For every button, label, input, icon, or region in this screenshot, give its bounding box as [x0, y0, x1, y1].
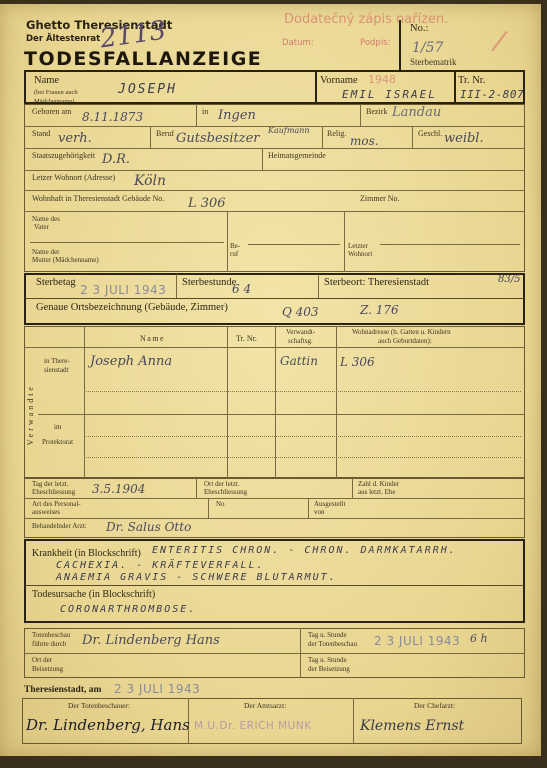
org-council: Der Ältestenrat	[26, 34, 100, 44]
place-date-label: Theresienstadt, am	[24, 685, 101, 696]
death-notice-form: Ghetto Theresienstadt Der Ältestenrat TO…	[0, 4, 541, 756]
header-divider	[399, 20, 401, 70]
col-verw-header-1: Verwandt-	[286, 328, 315, 337]
ortsbezeichnung-label: Genaue Ortsbezeichnung (Gebäude, Zimmer)	[36, 302, 228, 313]
relig-value: mos.	[350, 134, 379, 148]
divider	[262, 148, 263, 170]
relative-address: L 306	[340, 355, 375, 369]
amtsarzt-stamp: M.U.Dr. ERICH MUNK	[194, 720, 312, 732]
divider	[353, 698, 354, 744]
trnr-label: Tr. Nr.	[458, 75, 485, 86]
ort-room: Z. 176	[360, 303, 399, 317]
col-adr-header-2: auch Geburtdaten):	[378, 337, 432, 346]
sterbetag-stamp: 2 3 JULI 1943	[80, 283, 166, 297]
group2-label-1: im	[54, 423, 61, 432]
divider	[176, 274, 177, 298]
beruf-label: Beruf	[156, 129, 174, 138]
totenbeschau-label-1: Totenbeschau	[32, 631, 70, 640]
sterbetag-label: Sterbetag	[36, 277, 76, 288]
verwandte-side-label: Verwandte	[26, 384, 35, 445]
doctor-value: Dr. Salus Otto	[106, 520, 191, 534]
column-line	[227, 326, 228, 478]
wohnhaft-label: Wohnhaft in Theresienstadt Gebäude No.	[32, 194, 164, 203]
group-line	[38, 414, 525, 415]
divider	[315, 71, 317, 103]
divider	[318, 274, 319, 298]
row-line	[24, 653, 525, 654]
group1-label-1: in There-	[44, 357, 70, 366]
divider	[352, 478, 353, 498]
chefarzt-signature: Klemens Ernst	[360, 718, 464, 734]
krankheit-line-1: ENTERITIS CHRON. - CHRON. DARMKATARRH.	[152, 545, 457, 556]
vorname-stamp: 1948	[368, 73, 396, 86]
divider	[196, 104, 197, 126]
krankheit-line-3: ANAEMIA GRAVIS - SCHWERE BLUTARMUT.	[56, 572, 337, 583]
letzter-label-2: Wohnort	[348, 250, 372, 259]
col-verw-header-2: schaftsg.	[288, 337, 313, 346]
geschl-label: Geschl.	[418, 129, 442, 138]
wohnhaft-value: L 306	[188, 196, 226, 211]
wohnort-label: Letzer Wohnort (Adresse)	[32, 173, 115, 182]
todesursache-label: Todesursache (in Blockschrift)	[32, 589, 155, 600]
red-stamp-podpis: Podpis:	[360, 38, 390, 48]
no-value: 1/57	[412, 40, 443, 56]
relative-relation: Gattin	[280, 354, 318, 368]
beschau-date-stamp: 2 3 JULI 1943	[374, 634, 460, 648]
divider	[227, 211, 228, 272]
divider	[300, 628, 301, 678]
divider	[412, 126, 413, 148]
row-line	[24, 190, 525, 191]
divider	[150, 126, 151, 148]
beruf2-label-2: ruf	[230, 250, 238, 259]
burial-time-label-2: der Beisetzung	[308, 665, 350, 674]
issued-by-label-2: von	[314, 508, 325, 517]
zimmer-label: Zimmer No.	[360, 194, 400, 203]
heimat-label: Heimatsgemeinde	[268, 151, 326, 160]
col-name-header: Name	[140, 334, 165, 343]
amtsarzt-label: Der Amtsarzt:	[244, 701, 286, 710]
beruf-extra: Kaufmann	[268, 126, 310, 135]
column-line	[275, 326, 276, 478]
name-label: Name	[34, 75, 59, 86]
red-checkmark-icon: /	[490, 23, 510, 57]
vorname-value: EMIL ISRAEL	[342, 88, 437, 101]
chefarzt-label: Der Chefarzt:	[414, 701, 455, 710]
mutter-label-2: Mutter (Mädchenname)	[32, 256, 99, 265]
burial-place-label-2: Beisetzung	[32, 665, 63, 674]
beruf-value: Gutsbesitzer	[176, 131, 259, 146]
geboren-value: 8.11.1873	[82, 110, 143, 124]
totenbeschauer-signature: Dr. Lindenberg, Hans	[26, 716, 190, 734]
row-line	[24, 518, 525, 519]
burial-time-label-1: Tag u. Stunde	[308, 656, 347, 665]
krankheit-line-2: CACHEXIA. - KRÄFTEVERFALL.	[56, 560, 265, 571]
in-value: Ingen	[218, 108, 256, 123]
beschau-time-label-1: Tag u. Stunde	[308, 631, 347, 640]
row-line	[30, 242, 224, 243]
marriage-place-label-2: Eheschliessung	[204, 488, 247, 497]
relative-name: Joseph Anna	[90, 354, 172, 369]
totenbeschau-label-2: führte durch	[32, 640, 66, 649]
form-title: TODESFALLANZEIGE	[24, 48, 262, 70]
krankheit-label: Krankheit (in Blockschrift)	[32, 548, 141, 559]
dotted-line	[86, 391, 521, 392]
burial-place-label-1: Ort der	[32, 656, 52, 665]
geboren-label: Geboren am	[32, 107, 71, 116]
divider	[208, 498, 209, 518]
id-type-label-2: ausweises	[32, 508, 60, 517]
surname-value: JOSEPH	[118, 82, 177, 97]
red-stamp-datum: Datum:	[282, 38, 314, 48]
vorname-label: Vorname	[320, 75, 358, 86]
totenbeschauer-label: Der Totenbeschauer:	[68, 701, 130, 710]
marriage-date-label-2: Eheschliessung	[32, 488, 75, 497]
divider	[308, 498, 309, 518]
row-line	[24, 211, 525, 212]
stand-value: verh.	[58, 131, 92, 146]
divider	[454, 71, 456, 103]
relig-label: Relig.	[327, 129, 346, 138]
row-line	[24, 148, 525, 149]
bezirk-value: Landau	[392, 105, 441, 120]
doctor-label: Behandelnder Arzt:	[32, 522, 87, 531]
col-adr-header-1: Wohnadresse (b. Gatten u. Kindern	[352, 328, 451, 337]
place-date-stamp: 2 3 JULI 1943	[114, 682, 200, 696]
beschau-time-label-2: der Totenbeschau	[308, 640, 357, 649]
bezirk-label: Bezirk	[366, 107, 387, 116]
totenbeschau-value: Dr. Lindenberg Hans	[82, 633, 220, 648]
column-line	[84, 326, 85, 478]
group2-label-2: Protektorat	[42, 438, 73, 447]
row-line	[25, 585, 524, 586]
column-line	[336, 326, 337, 478]
divider	[360, 104, 361, 126]
beschau-hour: 6 h	[470, 632, 488, 645]
divider	[344, 211, 345, 272]
id-no-label: No	[216, 500, 225, 509]
divider	[322, 126, 323, 148]
ort-building: Q 403	[282, 305, 319, 319]
dotted-line	[86, 457, 521, 458]
sterbestunde-label: Sterbestunde	[182, 277, 236, 288]
sterbeort-note: 83/5	[498, 274, 520, 285]
children-label-2: aus letzt. Ehe	[358, 488, 396, 497]
sterbeort-label: Sterbeort: Theresienstadt	[324, 277, 429, 288]
group1-label-2: sienstadt	[44, 366, 69, 375]
sterbestunde-value: 6 4	[232, 282, 251, 296]
stand-label: Stand	[32, 129, 50, 138]
trnr-value: III-2-807	[460, 88, 524, 101]
todesursache-value: CORONARTHROMBOSE.	[60, 604, 196, 615]
row-line	[25, 298, 524, 299]
row-line	[24, 498, 525, 499]
staats-label: Staatszugehörigkeit	[32, 151, 95, 160]
marriage-date-value: 3.5.1904	[92, 482, 145, 496]
sterbematrik-label: Sterbematrik	[410, 58, 457, 67]
in-label: in	[202, 107, 208, 116]
row-line	[24, 170, 525, 171]
divider	[196, 478, 197, 498]
no-label: No.:	[410, 23, 428, 34]
col-trnr-header: Tr. Nr.	[236, 334, 257, 343]
vater-label-2: Vater	[34, 223, 49, 232]
name-section	[24, 70, 525, 104]
geschl-value: weibl.	[444, 131, 484, 146]
row-line	[380, 244, 520, 245]
wohnort-value: Köln	[134, 173, 166, 189]
death-section	[24, 273, 525, 325]
row-line	[248, 244, 340, 245]
staats-value: D.R.	[102, 152, 130, 167]
dotted-line	[86, 436, 521, 437]
